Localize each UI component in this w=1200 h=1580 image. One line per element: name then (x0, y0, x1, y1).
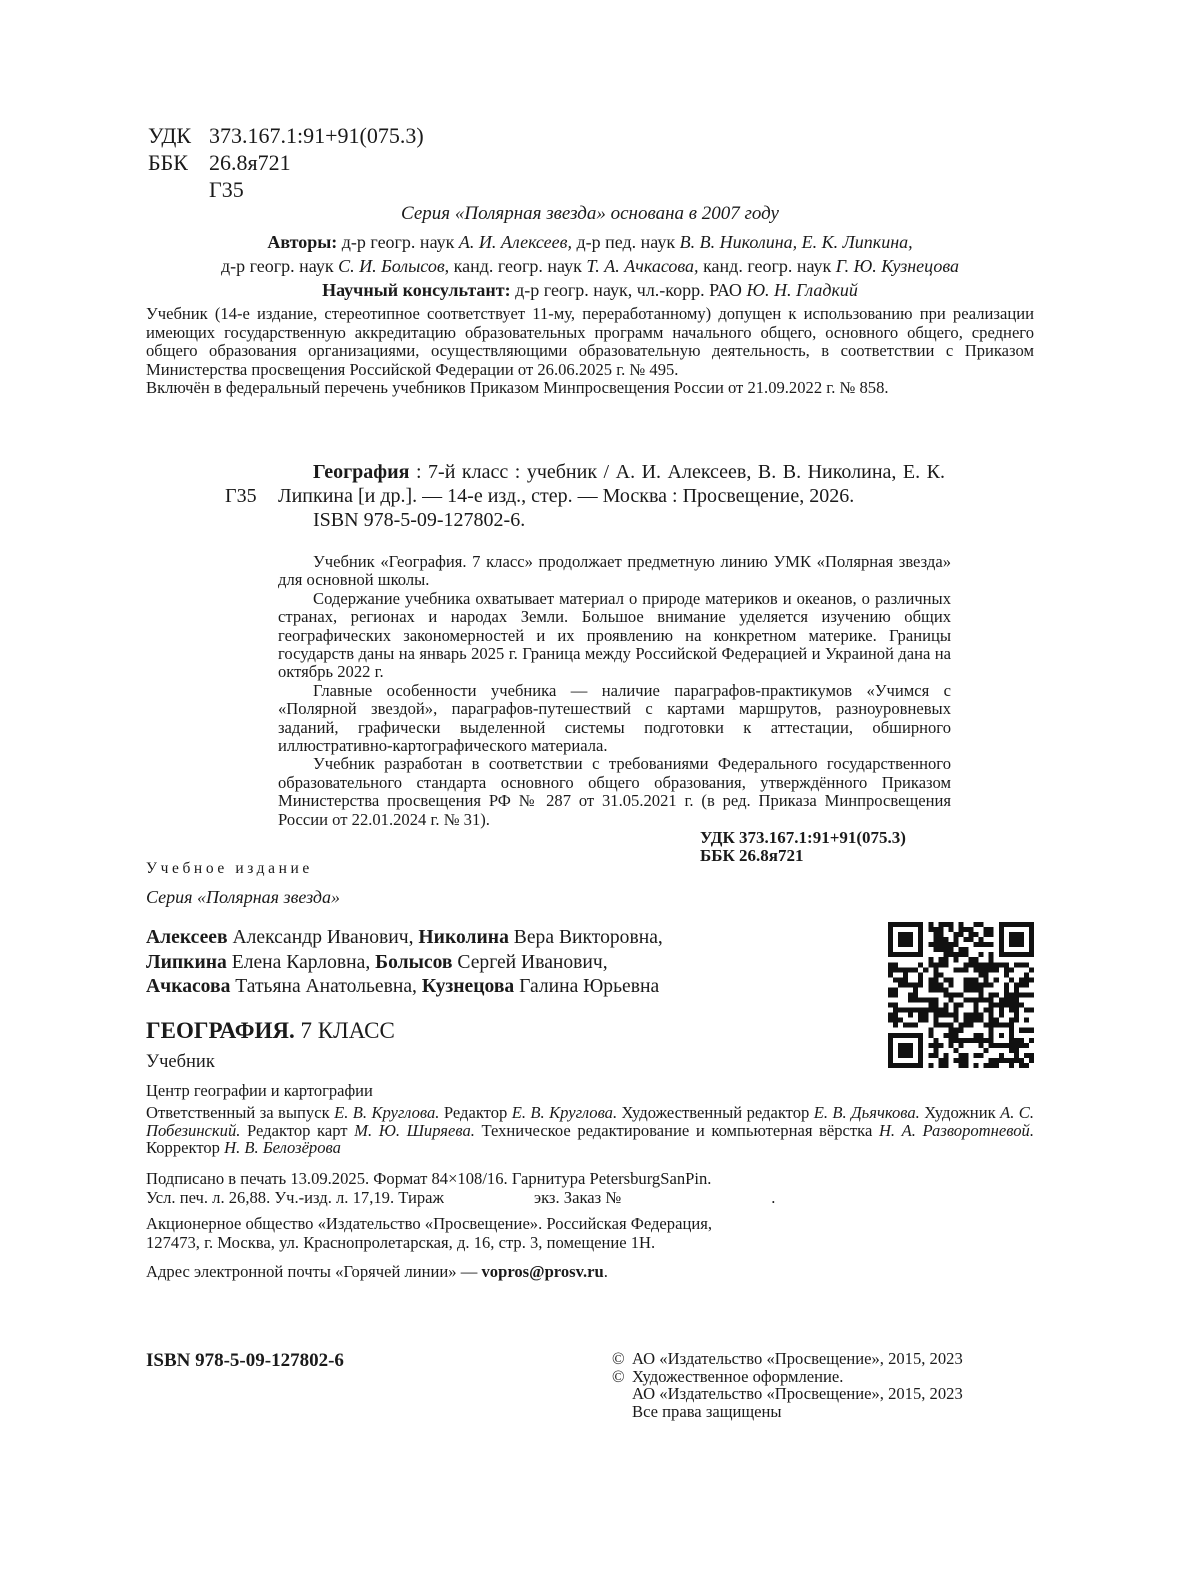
annotation-paragraph: Содержание учебника охватывает материал … (278, 590, 951, 682)
approval-text: Учебник (14-е издание, стереотипное соот… (146, 305, 1034, 398)
copyright-line-3: АО «Издательство «Просвещение», 2015, 20… (612, 1385, 963, 1403)
print-info: Подписано в печать 13.09.2025. Формат 84… (146, 1170, 775, 1207)
print-info-line-1: Подписано в печать 13.09.2025. Формат 84… (146, 1170, 775, 1189)
copyright-line-2: Художественное оформление. (632, 1368, 843, 1386)
qr-code-icon[interactable] (888, 922, 1034, 1068)
copyright-line-4: Все права защищены (612, 1403, 963, 1421)
authors-block: Авторы: д-р геогр. наук А. И. Алексеев, … (140, 230, 1040, 278)
author-list-line: Липкина Елена Карловна, Болысов Сергей И… (146, 951, 663, 976)
authors-line-2: д-р геогр. наук С. И. Болысов, канд. гео… (140, 254, 1040, 278)
isbn: ISBN 978-5-09-127802-6 (146, 1350, 344, 1372)
series-name: Серия «Полярная звезда» (146, 887, 340, 908)
card-udk: УДК 373.167.1:91+91(075.3) (700, 829, 906, 847)
book-title: ГЕОГРАФИЯ. 7 КЛАСС (146, 1018, 395, 1044)
annotation-paragraph: Учебник «География. 7 класс» продолжает … (278, 553, 951, 590)
annotation-paragraph: Главные особенности учебника — наличие п… (278, 682, 951, 756)
publisher-address: Акционерное общество «Издательство «Прос… (146, 1214, 712, 1252)
card-author-mark: Г35 (225, 484, 257, 508)
book-title-rest: 7 КЛАСС (295, 1018, 395, 1043)
hotline-end: . (604, 1262, 608, 1281)
authors-line-1: Авторы: д-р геогр. наук А. И. Алексеев, … (140, 230, 1040, 254)
consultant-label: Научный консультант: (322, 280, 511, 300)
copyright-icon: © (612, 1368, 632, 1386)
author-list-line: Алексеев Александр Иванович, Николина Ве… (146, 926, 663, 951)
annotation-paragraph: Учебник разработан в соответствии с треб… (278, 755, 951, 829)
authors-line-1-text: д-р геогр. наук А. И. Алексеев, д-р пед.… (337, 232, 912, 252)
card-title-bold: География (313, 461, 409, 483)
copyright-line-1: АО «Издательство «Просвещение», 2015, 20… (632, 1350, 963, 1368)
hotline-email[interactable]: vopros@prosv.ru (482, 1262, 604, 1281)
book-title-bold: ГЕОГРАФИЯ. (146, 1018, 295, 1043)
print-run-label: Усл. печ. л. 26,88. Уч.-изд. л. 17,19. Т… (146, 1188, 444, 1207)
staff-credits: Ответственный за выпуск Е. В. Круглова. … (146, 1104, 1034, 1157)
classification-block: УДК373.167.1:91+91(075.3) ББК26.8я721 Г3… (148, 122, 424, 203)
publisher-line-1: Акционерное общество «Издательство «Прос… (146, 1214, 712, 1233)
author-list: Алексеев Александр Иванович, Николина Ве… (146, 926, 663, 1000)
book-kind: Учебник (146, 1052, 215, 1073)
card-codes: УДК 373.167.1:91+91(075.3) ББК 26.8я721 (700, 829, 906, 865)
bibliographic-card: Г35 География : 7-й класс : учебник / А.… (225, 460, 945, 532)
card-title: География : 7-й класс : учебник / А. И. … (278, 460, 945, 508)
consultant-name: Ю. Н. Гладкий (746, 280, 857, 300)
author-list-line: Ачкасова Татьяна Анатольевна, Кузнецова … (146, 975, 663, 1000)
bbk-label: ББК (148, 149, 209, 176)
hotline-text: Адрес электронной почты «Горячей линии» … (146, 1262, 482, 1281)
copyright-block: ©АО «Издательство «Просвещение», 2015, 2… (612, 1350, 963, 1420)
bbk-value: 26.8я721 (209, 149, 291, 176)
consultant-text: д-р геогр. наук, чл.-корр. РАО (511, 280, 747, 300)
card-bbk: ББК 26.8я721 (700, 847, 906, 865)
order-label: экз. Заказ № (534, 1188, 621, 1207)
copyright-icon: © (612, 1350, 632, 1368)
series-founded: Серия «Полярная звезда» основана в 2007 … (0, 203, 1180, 225)
udk-value: 373.167.1:91+91(075.3) (209, 122, 424, 149)
authors-label: Авторы: (267, 232, 337, 252)
inclusion-paragraph: Включён в федеральный перечень учебников… (146, 379, 1034, 398)
approval-paragraph: Учебник (14-е издание, стереотипное соот… (146, 305, 1034, 379)
publisher-line-2: 127473, г. Москва, ул. Краснопролетарска… (146, 1233, 712, 1252)
hotline: Адрес электронной почты «Горячей линии» … (146, 1262, 608, 1282)
consultant-line: Научный консультант: д-р геогр. наук, чл… (140, 280, 1040, 301)
annotation: Учебник «География. 7 класс» продолжает … (278, 553, 951, 829)
card-isbn: ISBN 978-5-09-127802-6. (278, 508, 945, 532)
udk-label: УДК (148, 122, 209, 149)
print-info-line-2: Усл. печ. л. 26,88. Уч.-изд. л. 17,19. Т… (146, 1189, 775, 1208)
edition-type: Учебное издание (146, 860, 313, 878)
editorial-center: Центр географии и картографии (146, 1081, 373, 1101)
author-mark: Г35 (148, 176, 424, 203)
order-end: . (771, 1188, 775, 1207)
